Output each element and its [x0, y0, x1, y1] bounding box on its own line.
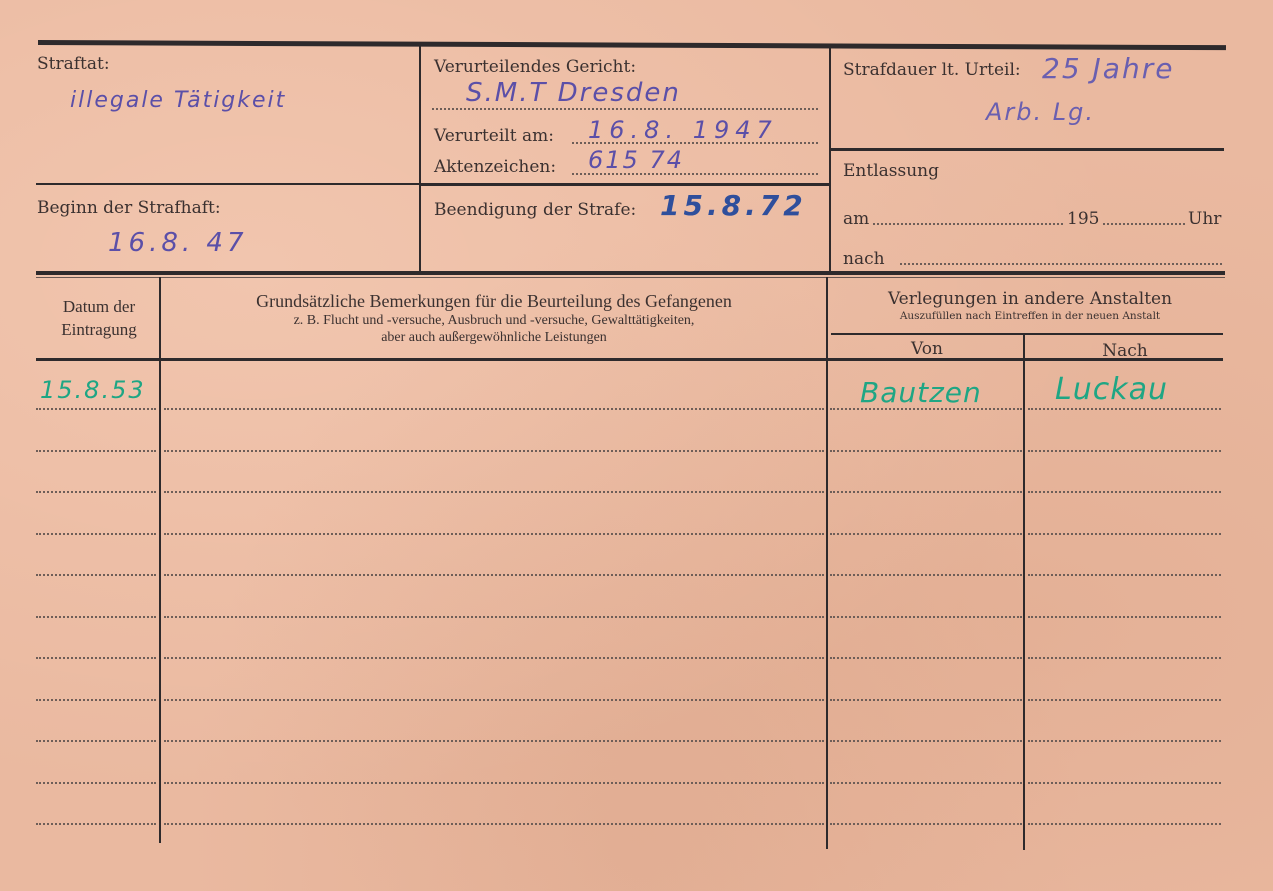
von-cell-line: [830, 740, 1022, 742]
nach-cell-line: [1028, 657, 1221, 659]
von-cell-line: [830, 616, 1022, 618]
bemerkung-cell-line: [164, 491, 824, 493]
verurteilt-label: Verurteilt am:: [434, 126, 554, 146]
bemerkung-cell-line: [164, 823, 824, 825]
rule-mid-right: [831, 148, 1224, 151]
straftat-value: illegale Tätigkeit: [70, 88, 286, 113]
row1-von: Bautzen: [860, 376, 982, 409]
gericht-bottom-rule: [421, 184, 829, 186]
von-cell-line: [830, 533, 1022, 535]
nach-cell-line: [1028, 782, 1221, 784]
row1-nach: Luckau: [1055, 372, 1168, 407]
entlassung-am-dotline: [873, 223, 1063, 225]
nach-cell-line: [1028, 574, 1221, 576]
beendigung-value: 15.8.72: [660, 189, 807, 222]
table-top-rule: [36, 271, 1225, 275]
von-cell-line: [830, 491, 1022, 493]
bemerkung-cell-line: [164, 533, 824, 535]
header-bemerkungen: Grundsätzliche Bemerkungen für die Beurt…: [163, 290, 825, 346]
strafdauer-label: Strafdauer lt. Urteil:: [843, 60, 1021, 80]
datum-cell-line: [36, 782, 156, 784]
von-cell-line: [830, 699, 1022, 701]
datum-cell-line: [36, 408, 156, 410]
prisoner-record-card: Straftat: illegale Tätigkeit Verurteilen…: [0, 0, 1273, 891]
straftat-label: Straftat:: [37, 54, 110, 74]
bemerkung-cell-line: [164, 408, 824, 410]
datum-cell-line: [36, 699, 156, 701]
header-bemerkungen-title: Grundsätzliche Bemerkungen für die Beurt…: [163, 290, 825, 312]
beginn-value: 16.8. 47: [108, 228, 248, 258]
datum-cell-line: [36, 450, 156, 452]
nach-cell-line: [1028, 823, 1221, 825]
header-datum: Datum der Eintragung: [40, 295, 158, 341]
von-cell-line: [830, 657, 1022, 659]
aktenzeichen-label: Aktenzeichen:: [434, 157, 556, 177]
nach-cell-line: [1028, 699, 1221, 701]
bemerkung-cell-line: [164, 782, 824, 784]
datum-cell-line: [36, 616, 156, 618]
row1-datum: 15.8.53: [40, 376, 146, 404]
strafdauer-value-2: Arb. Lg.: [986, 98, 1095, 126]
table-col-v1: [159, 277, 161, 843]
bemerkung-cell-line: [164, 616, 824, 618]
nach-cell-line: [1028, 740, 1221, 742]
bemerkung-cell-line: [164, 699, 824, 701]
datum-cell-line: [36, 823, 156, 825]
datum-cell-line: [36, 574, 156, 576]
nach-cell-line: [1028, 616, 1221, 618]
datum-cell-line: [36, 533, 156, 535]
nach-cell-line: [1028, 450, 1221, 452]
header-datum-line1: Datum der: [40, 295, 158, 318]
gericht-label: Verurteilendes Gericht:: [434, 57, 636, 77]
datum-cell-line: [36, 657, 156, 659]
entlassung-nach-label: nach: [843, 249, 885, 269]
header-nach: Nach: [1026, 341, 1224, 361]
bemerkung-cell-line: [164, 740, 824, 742]
entlassung-nach-dotline: [900, 263, 1222, 265]
table-col-v2: [826, 277, 828, 849]
verlegung-sub-rule: [831, 333, 1223, 335]
entlassung-am-label: am: [843, 209, 869, 229]
strafdauer-value-1: 25 Jahre: [1042, 52, 1174, 85]
header-bemerkungen-sub2: aber auch außergewöhnliche Leistungen: [163, 329, 825, 346]
header-verlegungen-title: Verlegungen in andere Anstalten: [831, 288, 1229, 310]
top-rule: [38, 40, 1226, 50]
divider-v1: [419, 44, 421, 272]
datum-cell-line: [36, 740, 156, 742]
header-datum-line2: Eintragung: [40, 318, 158, 341]
von-cell-line: [830, 450, 1022, 452]
entlassung-uhr-label: Uhr: [1188, 209, 1221, 229]
divider-v2: [829, 46, 831, 274]
beendigung-label: Beendigung der Strafe:: [434, 200, 636, 220]
datum-cell-line: [36, 491, 156, 493]
header-verlegungen-sub: Auszufüllen nach Eintreffen in der neuen…: [831, 310, 1229, 323]
bemerkung-cell-line: [164, 450, 824, 452]
von-cell-line: [830, 823, 1022, 825]
von-cell-line: [830, 574, 1022, 576]
gericht-value: S.M.T Dresden: [466, 78, 681, 108]
header-bemerkungen-sub1: z. B. Flucht und -versuche, Ausbruch und…: [163, 312, 825, 329]
entlassung-year-prefix: 195: [1067, 209, 1099, 229]
entlassung-year-dotline: [1103, 223, 1185, 225]
bemerkung-cell-line: [164, 657, 824, 659]
nach-cell-line: [1028, 408, 1221, 410]
nach-cell-line: [1028, 533, 1221, 535]
nach-cell-line: [1028, 491, 1221, 493]
header-verlegungen: Verlegungen in andere Anstalten Auszufül…: [831, 288, 1229, 323]
entlassung-label: Entlassung: [843, 161, 939, 181]
von-cell-line: [830, 782, 1022, 784]
verurteilt-value: 16.8. 1947: [588, 116, 778, 144]
beginn-label: Beginn der Strafhaft:: [37, 198, 221, 218]
bemerkung-cell-line: [164, 574, 824, 576]
aktenzeichen-value: 615 74: [588, 146, 684, 174]
table-top-rule-thin: [36, 277, 1225, 278]
table-col-v3: [1023, 335, 1025, 850]
header-von: Von: [831, 339, 1023, 359]
gericht-dotline: [432, 108, 818, 110]
